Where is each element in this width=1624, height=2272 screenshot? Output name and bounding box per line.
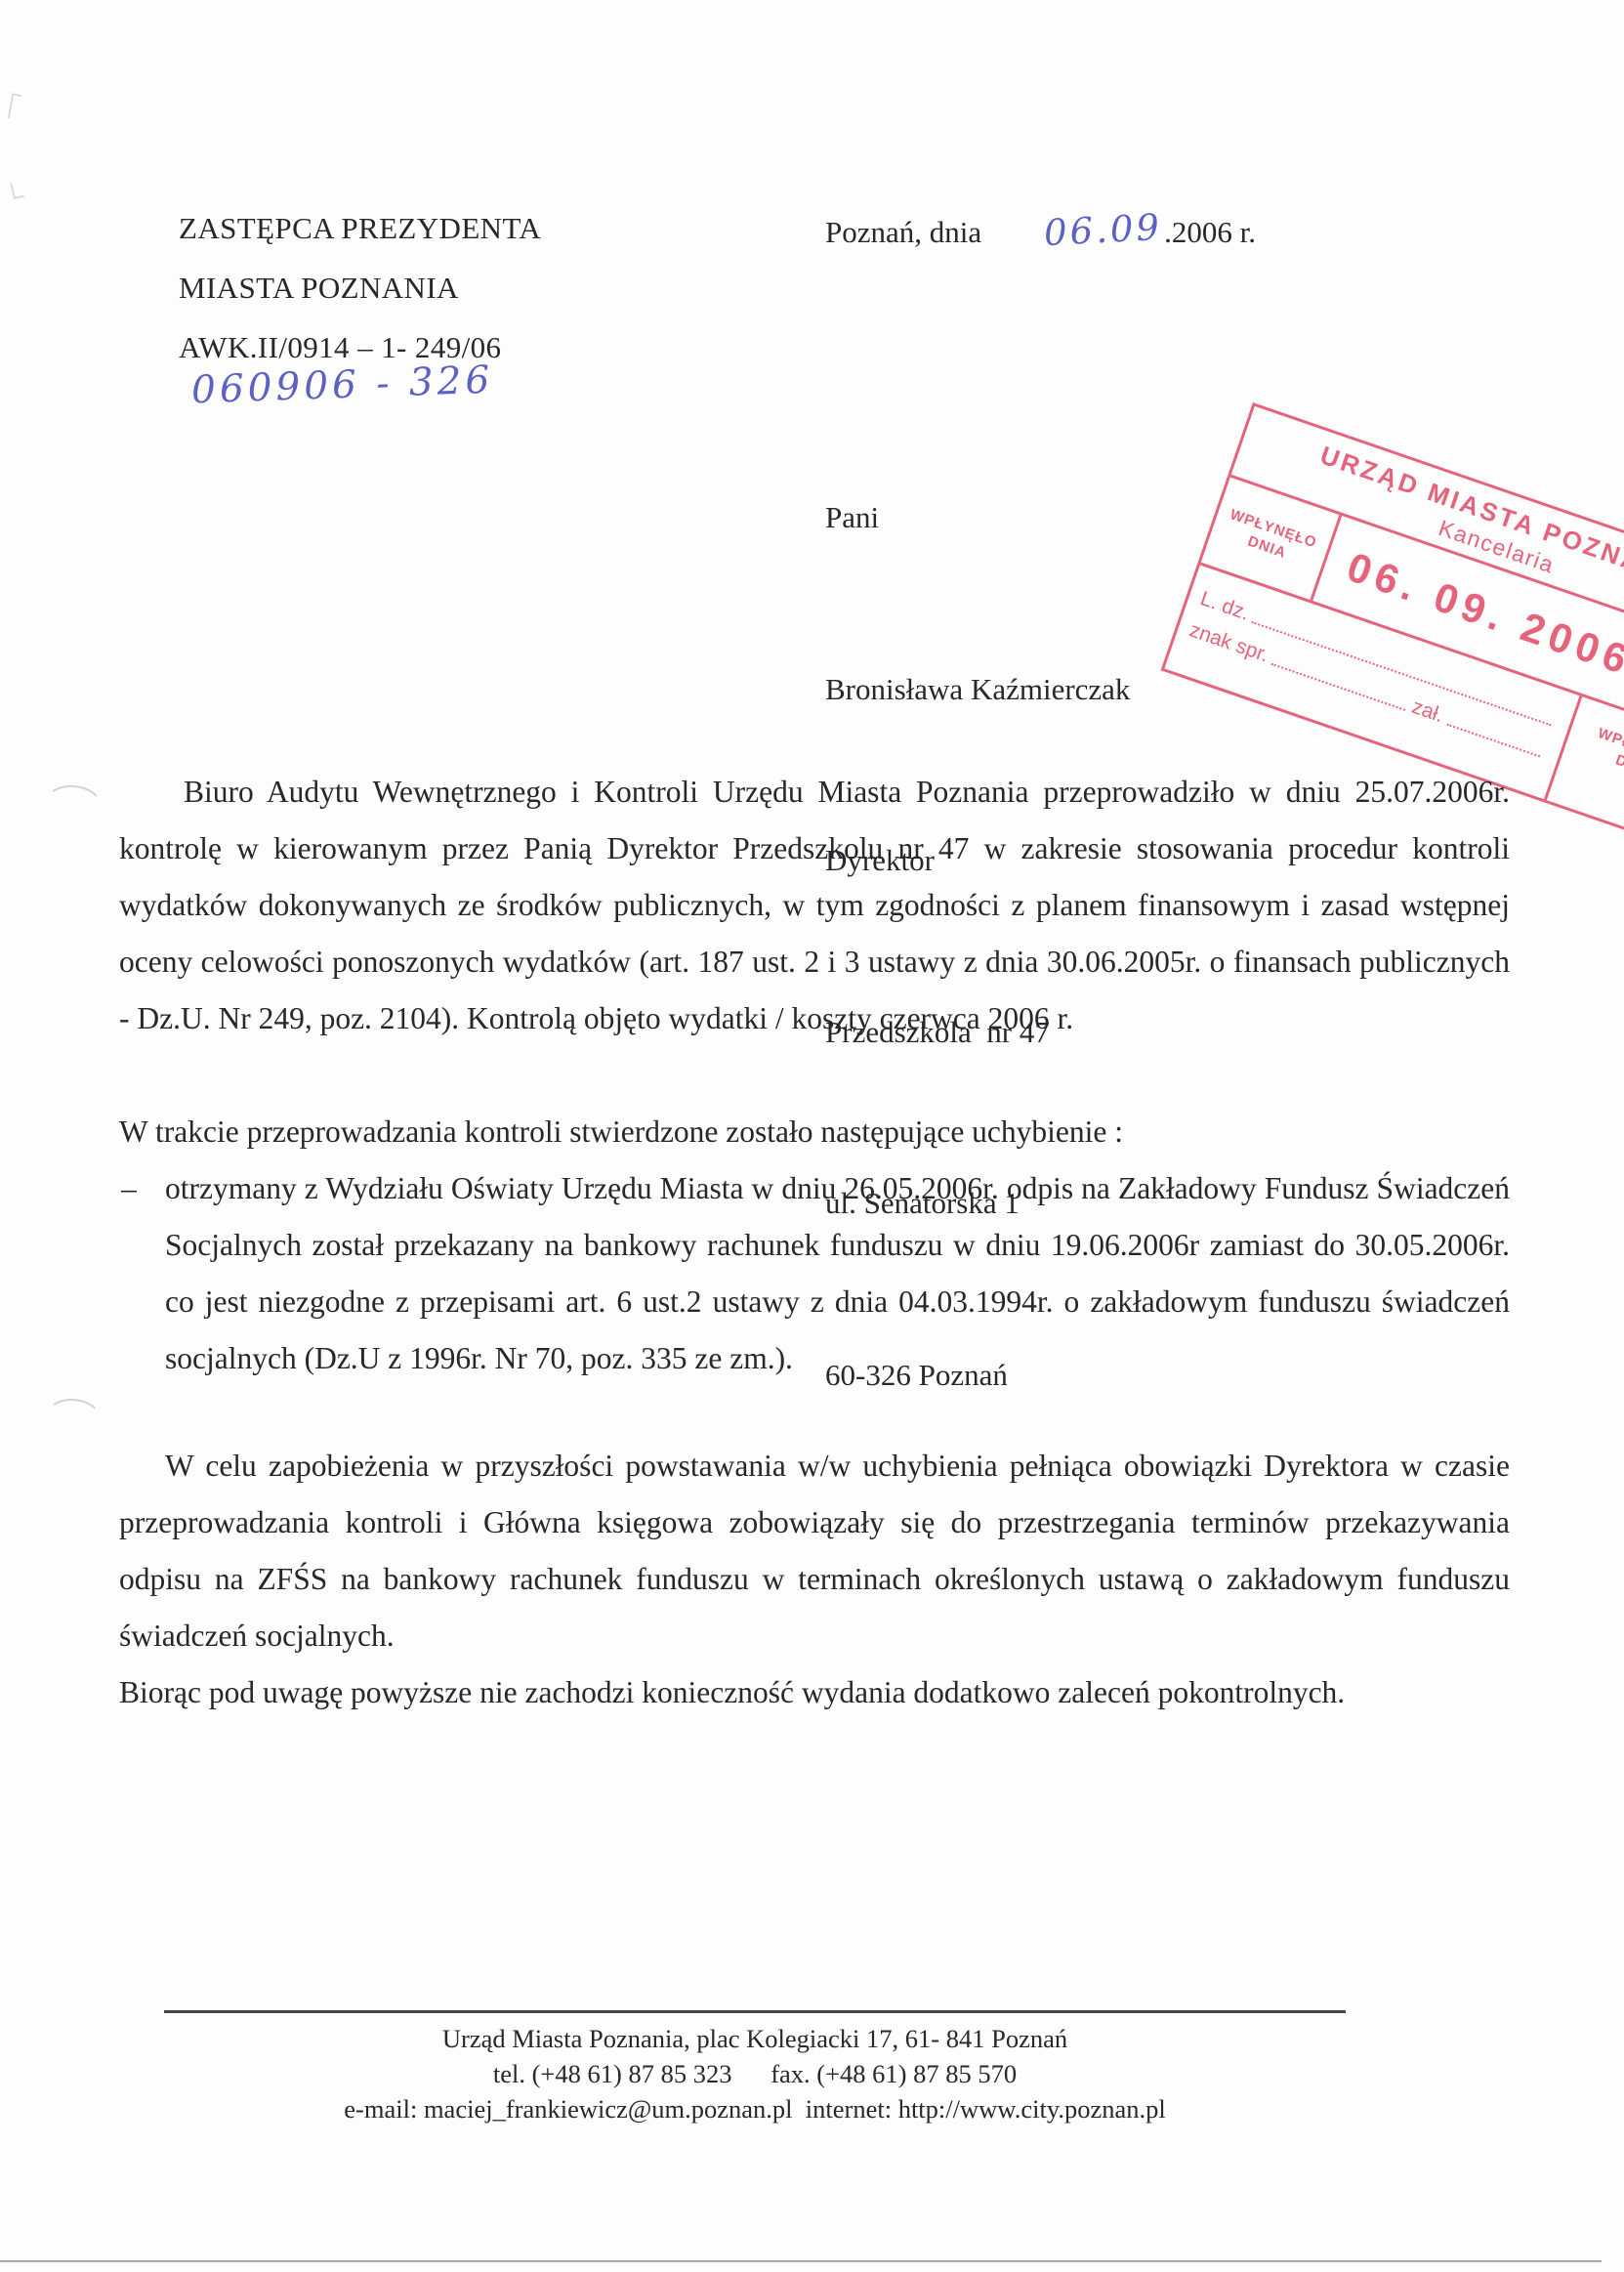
recipient-name: Bronisława Kaźmierczak xyxy=(825,661,1130,719)
footer-separator-line xyxy=(164,2010,1346,2013)
stamp-received-word2: DNIA xyxy=(1613,751,1624,782)
body-paragraph-findings-intro: W trakcie przeprowadzania kontroli stwie… xyxy=(119,1104,1510,1160)
scan-artifact-mark xyxy=(8,93,21,119)
body-finding-text: otrzymany z Wydziału Oświaty Urzędu Mias… xyxy=(165,1171,1510,1375)
stamp-dotted-line xyxy=(1446,723,1541,758)
sender-block: ZASTĘPCA PREZYDENTA MIASTA POZNANIA AWK.… xyxy=(179,198,541,377)
letter-body: Biuro Audytu Wewnętrznego i Kontroli Urz… xyxy=(119,764,1510,1721)
footer-address: Urząd Miasta Poznania, plac Kolegiacki 1… xyxy=(164,2021,1346,2056)
recipient-salutation: Pani xyxy=(825,489,1130,547)
sender-title-line1: ZASTĘPCA PREZYDENTA xyxy=(179,198,541,258)
dateline: Poznań, dnia06.09.2006 r. xyxy=(825,209,1256,251)
dateline-label: Poznań, dnia xyxy=(825,215,981,249)
letter-page: ZASTĘPCA PREZYDENTA MIASTA POZNANIA AWK.… xyxy=(0,0,1624,2272)
printed-year: .2006 r. xyxy=(1164,215,1256,249)
stamp-ldz-label: L. dz. xyxy=(1197,587,1252,625)
body-paragraph-commitment: W celu zapobieżenia w przyszłości powsta… xyxy=(119,1438,1510,1664)
scan-artifact-arc xyxy=(43,1397,103,1443)
scan-edge-line xyxy=(0,2260,1602,2262)
footer-phones: tel. (+48 61) 87 85 323 fax. (+48 61) 87… xyxy=(164,2056,1346,2091)
footer-online: e-mail: maciej_frankiewicz@um.poznan.pl … xyxy=(164,2091,1346,2126)
scan-artifact-mark xyxy=(10,181,24,199)
body-finding-item: – otrzymany z Wydziału Oświaty Urzędu Mi… xyxy=(119,1160,1510,1387)
letter-footer: Urząd Miasta Poznania, plac Kolegiacki 1… xyxy=(164,2010,1346,2126)
sender-title-line2: MIASTA POZNANIA xyxy=(179,258,541,317)
handwritten-register-number: 060906 - 326 xyxy=(190,358,494,413)
stamp-zal-label: zał. xyxy=(1409,695,1447,728)
scan-artifact-arc xyxy=(41,782,105,833)
list-dash: – xyxy=(121,1160,137,1217)
body-paragraph-conclusion: Biorąc pod uwagę powyższe nie zachodzi k… xyxy=(119,1664,1510,1721)
handwritten-date: 06.09 xyxy=(1043,206,1163,254)
body-paragraph-audit: Biuro Audytu Wewnętrznego i Kontroli Urz… xyxy=(119,764,1510,1047)
